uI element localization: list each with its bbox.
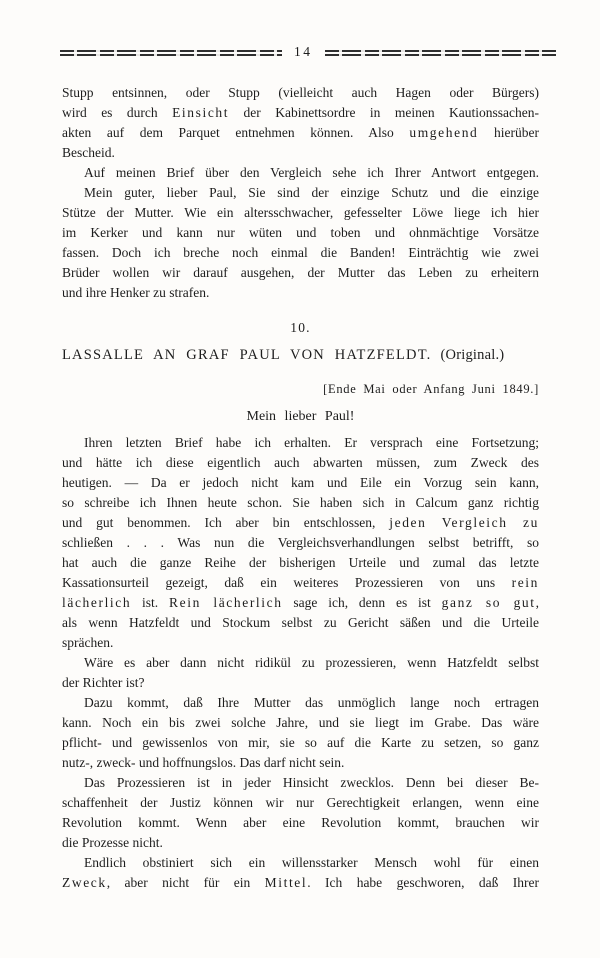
text-line: als wenn Hatzfeldt und Stockum selbst zu… [62, 613, 539, 633]
emphasized-text: rein [512, 575, 539, 590]
text-line: akten auf dem Parquet entnehmen können. … [62, 123, 539, 143]
text-line: fassen. Doch ich breche noch einmal die … [62, 243, 539, 263]
emphasized-text: lächerlich [62, 595, 131, 610]
text-run: die Prozesse nicht. [62, 835, 163, 850]
text-run: sage ich, denn es ist [283, 595, 442, 610]
letter-title-note: (Original.) [441, 347, 505, 363]
text-run: kann. Noch ein bis zwei solche Jahre, un… [62, 715, 539, 730]
emphasized-text: umgehend [409, 125, 478, 140]
running-header: 14 [60, 45, 556, 61]
letter-title-main: LASSALLE AN GRAF PAUL VON HATZFELDT. [62, 347, 432, 363]
rule-bar [325, 54, 557, 56]
emphasized-text: Einsicht [172, 105, 229, 120]
text-run: und gut benommen. Ich aber bin entschlos… [62, 515, 389, 530]
text-run: Dazu kommt, daß Ihre Mutter das unmöglic… [84, 695, 539, 710]
letter-10-body-paragraphs: Ihren letzten Brief habe ich erhalten. E… [62, 433, 539, 893]
text-run: Ihren letzten Brief habe ich erhalten. E… [84, 435, 539, 450]
letter-salutation: Mein lieber Paul! [62, 407, 539, 427]
letter-text: Stupp entsinnen, oder Stupp (vielleicht … [62, 83, 539, 893]
paragraph: Stupp entsinnen, oder Stupp (vielleicht … [62, 83, 539, 163]
text-run: hierüber [478, 125, 539, 140]
paragraph: Wäre es aber dann nicht ridikül zu proze… [62, 653, 539, 693]
text-line: kann. Noch ein bis zwei solche Jahre, un… [62, 713, 539, 733]
text-line: die Prozesse nicht. [62, 833, 539, 853]
text-line: heutigen. — Da er jedoch nicht kam und E… [62, 473, 539, 493]
text-line: pflicht- und gewissenlos von mir, sie so… [62, 733, 539, 753]
text-run: hat auch die ganze Reihe der bisherigen … [62, 555, 539, 570]
text-run: als wenn Hatzfeldt und Stockum selbst zu… [62, 615, 539, 630]
text-line: im Kerker und kann nur wüten und toben u… [62, 223, 539, 243]
text-line: Zweck, aber nicht für ein Mittel. Ich ha… [62, 873, 539, 893]
text-line: nutz-, zweck- und hoffnungslos. Das darf… [62, 753, 539, 773]
text-line: lächerlich ist. Rein lächerlich sage ich… [62, 593, 539, 613]
text-line: Wäre es aber dann nicht ridikül zu proze… [62, 653, 539, 673]
rule-bar [325, 50, 557, 52]
emphasized-text: ganz so gut [442, 595, 536, 610]
text-line: Das Prozessieren ist in jeder Hinsicht z… [62, 773, 539, 793]
rule-bar [60, 50, 282, 52]
text-run: , [536, 595, 539, 610]
text-line: sprächen. [62, 633, 539, 653]
text-line: und ihre Henker zu strafen. [62, 283, 539, 303]
text-run: pflicht- und gewissenlos von mir, sie so… [62, 735, 539, 750]
text-line: der Richter ist? [62, 673, 539, 693]
text-run: Stütze der Mutter. Wie ein altersschwach… [62, 205, 539, 220]
text-run: ist. [131, 595, 169, 610]
text-run: Brüder wollen wir darauf ausgehen, der M… [62, 265, 539, 280]
text-line: Bescheid. [62, 143, 539, 163]
text-run: Das Prozessieren ist in jeder Hinsicht z… [84, 775, 539, 790]
text-line: Endlich obstiniert sich ein willensstark… [62, 853, 539, 873]
text-run: schaffenheit der Justiz können wir nur G… [62, 795, 539, 810]
paragraph: Auf meinen Brief über den Vergleich sehe… [62, 163, 539, 183]
text-run: , aber nicht für ein [107, 875, 265, 890]
text-run: und ihre Henker zu strafen. [62, 285, 209, 300]
text-line: Stupp entsinnen, oder Stupp (vielleicht … [62, 83, 539, 103]
text-line: so schreibe ich Ihnen heute schon. Sie h… [62, 493, 539, 513]
letter-date: [Ende Mai oder Anfang Juni 1849.] [62, 379, 539, 399]
paragraph: Endlich obstiniert sich ein willensstark… [62, 853, 539, 893]
book-page: 14 Stupp entsinnen, oder Stupp (vielleic… [0, 0, 600, 958]
text-line: Auf meinen Brief über den Vergleich sehe… [62, 163, 539, 183]
text-line: Kassationsurteil gezeigt, daß ein weiter… [62, 573, 539, 593]
text-run: Bescheid. [62, 145, 115, 160]
text-line: Mein guter, lieber Paul, Sie sind der ei… [62, 183, 539, 203]
text-run: der Kabinettsordre in meinen Kautionssac… [229, 105, 539, 120]
emphasized-text: Mittel [265, 875, 308, 890]
text-run: Stupp entsinnen, oder Stupp (vielleicht … [62, 85, 539, 100]
text-run: Mein guter, lieber Paul, Sie sind der ei… [84, 185, 539, 200]
text-run: sprächen. [62, 635, 113, 650]
text-run: heutigen. — Da er jedoch nicht kam und E… [62, 475, 539, 490]
letter-9-closing-paragraphs: Stupp entsinnen, oder Stupp (vielleicht … [62, 83, 539, 303]
letter-title: LASSALLE AN GRAF PAUL VON HATZFELDT.(Ori… [62, 345, 539, 365]
page-number: 14 [282, 44, 325, 60]
paragraph: Dazu kommt, daß Ihre Mutter das unmöglic… [62, 693, 539, 773]
emphasized-text: Rein lächerlich [169, 595, 283, 610]
text-run: wird es durch [62, 105, 172, 120]
rule-bar [60, 54, 282, 56]
paragraph: Mein guter, lieber Paul, Sie sind der ei… [62, 183, 539, 303]
letter-number-heading: 10. [62, 318, 539, 338]
paragraph: Das Prozessieren ist in jeder Hinsicht z… [62, 773, 539, 853]
text-line: und hätte ich diese eigentlich auch abwa… [62, 453, 539, 473]
text-run: so schreibe ich Ihnen heute schon. Sie h… [62, 495, 539, 510]
text-run: . Ich habe geschworen, daß Ihrer [307, 875, 539, 890]
emphasized-text: Zweck [62, 875, 107, 890]
text-run: Kassationsurteil gezeigt, daß ein weiter… [62, 575, 512, 590]
text-run: im Kerker und kann nur wüten und toben u… [62, 225, 539, 240]
text-line: Ihren letzten Brief habe ich erhalten. E… [62, 433, 539, 453]
emphasized-text: jeden Vergleich zu [389, 515, 539, 530]
text-run: akten auf dem Parquet entnehmen können. … [62, 125, 409, 140]
text-run: Auf meinen Brief über den Vergleich sehe… [84, 165, 539, 180]
text-run: schließen . . . Was nun die Vergleichsve… [62, 535, 539, 550]
text-run: Wäre es aber dann nicht ridikül zu proze… [84, 655, 539, 670]
text-run: Revolution kommt. Wenn aber eine Revolut… [62, 815, 539, 830]
text-line: wird es durch Einsicht der Kabinettsordr… [62, 103, 539, 123]
header-rule-right [325, 50, 557, 56]
paragraph: Ihren letzten Brief habe ich erhalten. E… [62, 433, 539, 653]
text-line: Revolution kommt. Wenn aber eine Revolut… [62, 813, 539, 833]
text-line: schaffenheit der Justiz können wir nur G… [62, 793, 539, 813]
text-run: und hätte ich diese eigentlich auch abwa… [62, 455, 539, 470]
header-rule-left [60, 50, 282, 56]
text-line: Stütze der Mutter. Wie ein altersschwach… [62, 203, 539, 223]
text-line: Brüder wollen wir darauf ausgehen, der M… [62, 263, 539, 283]
text-line: hat auch die ganze Reihe der bisherigen … [62, 553, 539, 573]
text-line: Dazu kommt, daß Ihre Mutter das unmöglic… [62, 693, 539, 713]
text-line: schließen . . . Was nun die Vergleichsve… [62, 533, 539, 553]
text-line: und gut benommen. Ich aber bin entschlos… [62, 513, 539, 533]
text-run: fassen. Doch ich breche noch einmal die … [62, 245, 539, 260]
text-run: Endlich obstiniert sich ein willensstark… [84, 855, 539, 870]
text-run: nutz-, zweck- und hoffnungslos. Das darf… [62, 755, 344, 770]
text-run: der Richter ist? [62, 675, 144, 690]
